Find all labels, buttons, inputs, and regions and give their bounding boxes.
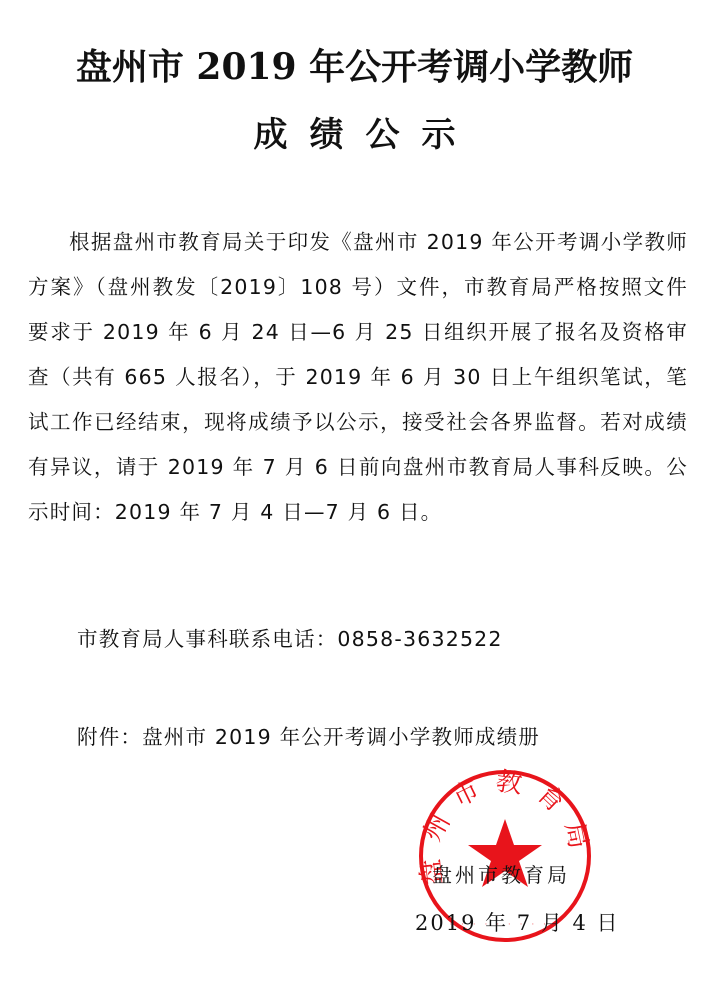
signature-date: 2019 年 7 月 4 日	[415, 908, 620, 938]
main-paragraph: 根据盘州市教育局关于印发《盘州市 2019 年公开考调小学教师方案》（盘州教发〔…	[28, 220, 688, 535]
contact-paragraph: 市教育局人事科联系电话：0858-3632522	[77, 617, 709, 662]
attachment-paragraph: 附件：盘州市 2019 年公开考调小学教师成绩册	[77, 715, 709, 760]
signature-organization: 盘州市教育局	[432, 860, 570, 890]
page-title: 盘州市 2019 年公开考调小学教师	[0, 42, 709, 92]
page-subtitle: 成绩公示	[0, 112, 709, 158]
